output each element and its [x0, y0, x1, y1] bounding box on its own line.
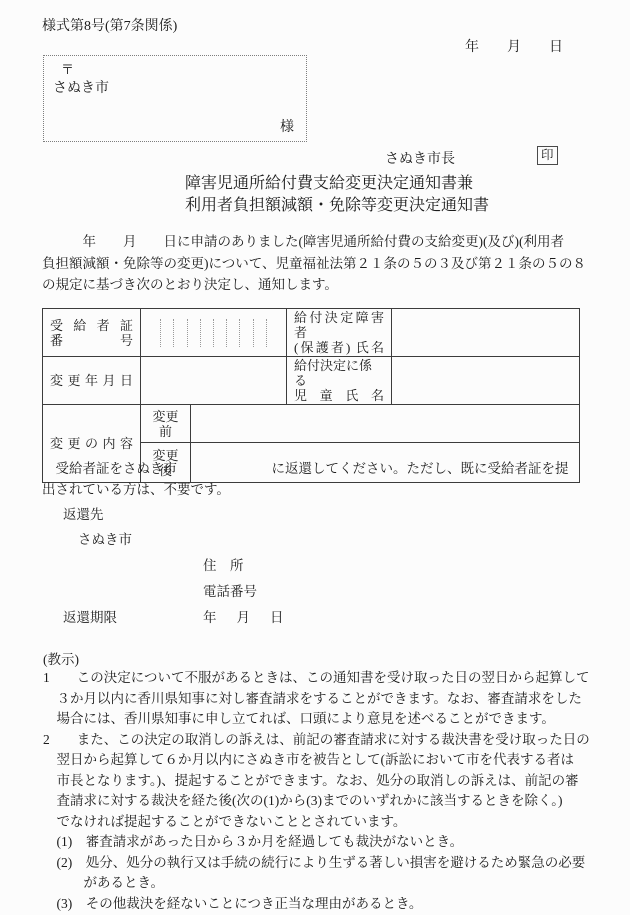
decision-person-label: 給付決定障害者 (保護者) 氏名 — [287, 309, 392, 357]
form-number: 様式第8号(第7条関係) — [42, 15, 177, 35]
return-to-city: さぬき市 — [78, 528, 132, 548]
before-change-label: 変更前 — [141, 405, 191, 443]
before-change-field — [191, 405, 580, 443]
honorific-sama: 様 — [280, 116, 294, 136]
deadline-label: 返還期限 — [63, 606, 117, 626]
title-line-2: 利用者負担額減額・免除等変更決定通知書 — [185, 195, 489, 217]
digit-boxes — [148, 319, 279, 347]
recipient-cert-number-field — [141, 309, 287, 357]
deadline-date: 年 月 日 — [203, 606, 284, 626]
return-notice: 受給者証をさぬき市 に返還してください。ただし、既に受給者証を提 出されている方… — [42, 458, 569, 500]
change-date-field — [141, 357, 287, 405]
recipient-city: さぬき市 — [53, 77, 109, 97]
child-name-field — [392, 357, 580, 405]
seal-placeholder: 印 — [537, 146, 558, 165]
kyoji-heading: (教示) — [43, 648, 79, 668]
return-to-label: 返還先 — [63, 503, 104, 523]
deadline-year-label: 年 — [203, 606, 217, 626]
change-date-label: 変更年月日 — [43, 357, 141, 405]
deadline-day-label: 日 — [270, 606, 284, 626]
kyoji-body: 1 この決定について不服があるときは、この通知書を受け取った日の翌日から起算して… — [43, 668, 590, 914]
address-label: 住 所 — [203, 554, 244, 574]
intro-paragraph: 年 月 日に申請のありました(障害児通所給付費の支給変更)(及び)(利用者 負担… — [42, 231, 586, 296]
child-name-label: 給付決定に係る 児童氏名 — [287, 357, 392, 405]
postal-mark: 〒 — [61, 59, 74, 78]
deadline-month-label: 月 — [237, 606, 251, 626]
mayor-name: さぬき市長 — [385, 148, 455, 168]
document-title: 障害児通所給付費支給変更決定通知書兼 利用者負担額減額・免除等変更決定通知書 — [185, 173, 489, 217]
phone-label: 電話番号 — [203, 580, 257, 600]
recipient-address-box: 〒 さぬき市 様 — [43, 55, 307, 142]
document-page: 様式第8号(第7条関係) 年 月 日 〒 さぬき市 様 さぬき市長 印 障害児通… — [0, 0, 630, 915]
decision-table: 受給者証 番号 給付決定障害者 (保護者) 氏名 変更年月日 給付決定に係る — [42, 308, 580, 483]
recipient-cert-number-label: 受給者証 番号 — [43, 309, 141, 357]
title-line-1: 障害児通所給付費支給変更決定通知書兼 — [185, 173, 489, 195]
decision-person-field — [392, 309, 580, 357]
issue-date-line: 年 月 日 — [465, 36, 563, 56]
